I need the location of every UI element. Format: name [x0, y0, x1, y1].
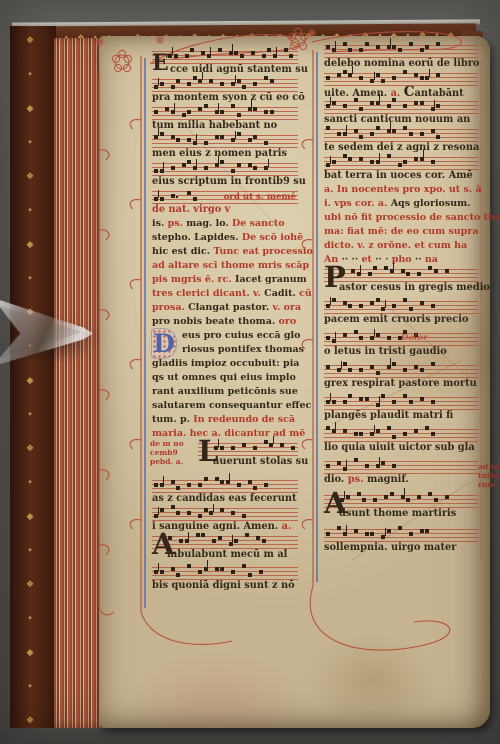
neume-note: [284, 48, 288, 52]
lyric-text-line: o letus in tristi gaudio: [324, 346, 478, 359]
rubric-text: cū: [299, 288, 312, 299]
rubric-text: De sancto: [232, 218, 285, 229]
neume-stem: [158, 507, 159, 515]
neume-note: [351, 269, 355, 273]
neume-stem: [273, 436, 274, 444]
neume-stem: [360, 265, 361, 273]
neume-stem: [379, 457, 380, 465]
neume-note: [171, 135, 175, 139]
lyric-text-line: prosa. Clangat pastor. v. ora: [152, 302, 298, 315]
lyric-text-line: lio quia uiuit uictor sub gla: [324, 442, 478, 455]
neume-note: [392, 98, 396, 102]
ink-text: men eius z nomen patris: [152, 148, 287, 159]
staff-annotation: Dolor: [401, 333, 427, 343]
neume-stem: [379, 94, 380, 102]
neume-note: [160, 570, 164, 574]
neume-note: [337, 73, 341, 77]
ink-text: magnif.: [367, 474, 409, 485]
music-system: Adsunt thome martiris: [324, 495, 478, 528]
neume-note: [420, 132, 424, 136]
decorated-initial: D: [152, 329, 176, 358]
lyric-text-line: An ·· ·· et ·· · pho ·· na: [324, 254, 478, 267]
neume-stem: [390, 122, 391, 130]
neume-note: [343, 42, 347, 46]
lyric-text-line: tum milia habebant no: [152, 120, 298, 133]
manuscript-text-line: gladiis impioz occubuit: pia: [152, 358, 298, 372]
neume-note: [154, 483, 158, 487]
neume-note: [343, 70, 347, 74]
music-staff: [324, 461, 478, 474]
neume-note: [409, 42, 413, 46]
music-system: delebo nomina eorū de libro: [324, 45, 478, 72]
neume-note: [253, 107, 257, 111]
neume-note: [160, 197, 164, 201]
music-staff: [152, 480, 298, 493]
neume-note: [231, 570, 235, 574]
neume-note: [343, 333, 347, 337]
neume-note: [326, 336, 330, 340]
lyric-text-line: bat terra in uoces cor. Amē: [324, 170, 478, 183]
neume-note: [436, 135, 440, 139]
neume-stem: [341, 361, 342, 369]
neume-note: [337, 132, 341, 136]
music-system: Doloro letus in tristi gaudio: [324, 333, 478, 364]
neume-note: [237, 483, 241, 487]
decorated-initial: E: [152, 52, 169, 74]
neume-note: [431, 304, 435, 308]
neume-note: [176, 486, 180, 490]
neume-note: [359, 432, 363, 436]
rubric-text: tres clerici dicant. v.: [152, 288, 264, 299]
ink-text: eius scriptum in frontib9 su: [152, 176, 306, 187]
neume-note: [245, 533, 249, 537]
neume-note: [220, 567, 224, 571]
neume-stem: [352, 66, 353, 74]
neume-note: [251, 51, 255, 55]
music-system: bis quoniā digni sunt z nō: [152, 567, 298, 594]
neume-note: [237, 163, 241, 167]
neume-stem: [172, 47, 173, 55]
music-staff: [152, 135, 298, 148]
music-system: tum milia habebant no: [152, 107, 298, 134]
ink-text: qs ut omnes qui eius implo: [152, 372, 296, 383]
neume-dot: [176, 196, 178, 198]
lyric-text-line: ubi nō fit processio de sancto tho: [324, 212, 478, 225]
neume-note: [436, 104, 440, 108]
neume-note: [381, 461, 385, 465]
neume-note: [332, 400, 336, 404]
neume-note: [370, 301, 374, 305]
neume-note: [187, 483, 191, 487]
neume-stem: [235, 131, 236, 139]
neume-note: [209, 79, 213, 83]
lyric-text-line: astor cesus in gregis medio: [324, 282, 478, 295]
neume-note: [359, 76, 363, 80]
page-edges-stack: [54, 38, 106, 728]
neume-stem: [379, 153, 380, 161]
lyric-text-line: gladiis impioz occubuit: pia: [152, 358, 298, 371]
neume-note: [182, 113, 186, 117]
music-system: pra montem syon z cū eo cō: [152, 79, 298, 106]
neume-note: [409, 400, 413, 404]
music-system: ord ut s. memēde nat. virgo v: [152, 191, 298, 218]
rubric-text: v. ora: [272, 302, 301, 313]
neume-note: [387, 154, 391, 158]
neume-stem: [346, 460, 347, 468]
lyric-text-line: te sedem dei z agni z resona: [324, 142, 478, 155]
neume-stem: [196, 134, 197, 142]
neume-note: [387, 529, 391, 533]
neume-note: [392, 129, 396, 133]
neume-note: [256, 536, 260, 540]
lyric-text-line: pro nobis beate thoma. oro: [152, 316, 298, 329]
lyric-text-line: qs ut omnes qui eius implo: [152, 372, 298, 385]
neume-note: [354, 330, 358, 334]
neume-stem: [374, 425, 375, 433]
manuscript-text-line: pro nobis beate thoma. oro: [152, 316, 298, 330]
decorated-initial: A: [324, 489, 347, 518]
neume-note: [387, 104, 391, 108]
neume-note: [445, 269, 449, 273]
neume-note: [264, 76, 268, 80]
lyric-text-line: dsunt thome martiris: [324, 508, 478, 521]
ink-text: sollempnia. uirgo mater: [324, 542, 456, 553]
neume-stem: [268, 159, 269, 167]
neume-note: [242, 85, 246, 89]
neume-note: [409, 307, 413, 311]
neume-note: [262, 539, 266, 543]
music-staff: [324, 529, 478, 542]
neume-stem: [429, 69, 430, 77]
marginal-rubric-left: de m nocemb9pebd. a.: [150, 439, 196, 466]
neume-note: [392, 400, 396, 404]
neume-note: [403, 298, 407, 302]
neume-stem: [235, 75, 236, 83]
rubric-text: ps.: [168, 218, 187, 229]
neume-note: [370, 365, 374, 369]
neume-note: [359, 157, 363, 161]
music-staff: [152, 508, 298, 521]
neume-note: [392, 464, 396, 468]
lyric-text-line: sancti canticum nouum an: [324, 114, 478, 127]
manuscript-text-line: tum. p. In redeundo de scā: [152, 414, 298, 428]
lyric-text-line: rant auxilium peticōnis sue: [152, 386, 298, 399]
neume-note: [403, 104, 407, 108]
lyric-text-line: delebo nomina eorū de libro: [324, 58, 478, 71]
neume-stem: [335, 332, 336, 340]
neume-note: [237, 132, 241, 136]
neume-note: [204, 508, 208, 512]
neume-note: [420, 529, 424, 533]
neume-stem: [374, 72, 375, 80]
rubric-text: Tunc eat processio: [213, 246, 312, 257]
neume-note: [370, 132, 374, 136]
neume-note: [187, 511, 191, 515]
neume-note: [348, 304, 352, 308]
rubric-text: De scō iohē: [242, 232, 303, 243]
neume-note: [398, 526, 402, 530]
neume-note: [234, 51, 238, 55]
neume-note: [434, 269, 438, 273]
neume-note: [381, 79, 385, 83]
neume-note: [231, 446, 235, 450]
neume-note: [220, 82, 224, 86]
neume-note: [406, 272, 410, 276]
neume-note: [171, 505, 175, 509]
music-system: eius scriptum in frontib9 su: [152, 163, 298, 190]
ink-text: as z candidas eas fecerunt: [152, 493, 296, 504]
manuscript-text-line: ad altare scī thome mris scāp: [152, 260, 298, 274]
neume-note: [403, 394, 407, 398]
neume-note: [376, 429, 380, 433]
neume-note: [204, 166, 208, 170]
neume-note: [403, 126, 407, 130]
music-staff: [324, 495, 478, 508]
neume-note: [354, 129, 358, 133]
lyric-text-line: grex respirat pastore mortu: [324, 378, 478, 391]
neume-note: [270, 110, 274, 114]
rubric-text: pho: [392, 254, 415, 265]
neume-note: [171, 567, 175, 571]
manuscript-text-line: hic est dic. Tunc eat processio: [152, 246, 298, 260]
lyric-text-line: pis mgris ē. rc. Iacet granum: [152, 274, 298, 287]
neume-note: [376, 126, 380, 130]
neume-note: [198, 514, 202, 518]
ink-text: riosus pontifex thomas: [182, 344, 304, 355]
rubric-text: a.: [282, 521, 292, 532]
neume-note: [436, 73, 440, 77]
neume-note: [384, 266, 388, 270]
ink-text: tum milia habebant no: [152, 120, 277, 131]
neume-stem: [207, 560, 208, 568]
marginal-rubric-right: ad martutinūrum.: [478, 462, 500, 489]
neume-note: [425, 426, 429, 430]
neume-stem: [374, 329, 375, 337]
neume-note: [359, 304, 363, 308]
neume-note: [179, 539, 183, 543]
lyric-text-line: salutarem consequantur effec: [152, 400, 298, 413]
neume-note: [176, 573, 180, 577]
neume-note: [187, 160, 191, 164]
music-system: grex respirat pastore mortu: [324, 365, 478, 396]
neume-note: [264, 141, 268, 145]
neume-stem: [158, 563, 159, 571]
lyric-text-line: eius scriptum in frontib9 su: [152, 176, 298, 189]
neume-stem: [174, 103, 175, 111]
lyric-text-line: stepho. Lapides. De scō iohē: [152, 232, 298, 245]
ink-text: lio quia uiuit uictor sub gla: [324, 442, 475, 453]
rubric-text: dicto. v. z orōne. et cum ha: [324, 240, 467, 251]
neume-note: [401, 269, 405, 273]
neume-note: [174, 54, 178, 58]
neume-note: [165, 107, 169, 111]
neume-note: [420, 101, 424, 105]
neume-note: [218, 48, 222, 52]
music-staff: [324, 269, 478, 282]
neume-note: [176, 138, 180, 142]
music-staff: [324, 45, 478, 58]
music-system: ad martutinūrum.dio. ps. magnif.: [324, 461, 478, 494]
manuscript-text-line: i. vps cor. a. Aqs gloriosum.: [324, 198, 478, 212]
lyric-text-line: as z candidas eas fecerunt: [152, 493, 298, 506]
neume-note: [248, 480, 252, 484]
neume-stem: [385, 528, 386, 536]
neume-stem: [158, 78, 159, 86]
neume-note: [359, 368, 363, 372]
neume-note: [445, 495, 449, 499]
lyric-text-line: dicto. v. z orōne. et cum ha: [324, 240, 478, 253]
ink-text: rant auxilium peticōnis sue: [152, 386, 298, 397]
manuscript-text-line: tres clerici dicant. v. Cadit. cū: [152, 288, 298, 302]
neume-note: [176, 79, 180, 83]
manuscript-text-line: prosa. Clangat pastor. v. ora: [152, 302, 298, 316]
neume-note: [343, 429, 347, 433]
ink-text: bis quoniā digni sunt z nō: [152, 580, 295, 591]
neume-note: [431, 129, 435, 133]
neume-note: [354, 432, 358, 436]
neume-note: [326, 126, 330, 130]
neume-note: [365, 532, 369, 536]
music-system: Ambulabunt mecū m al: [152, 536, 298, 566]
neume-note: [264, 483, 268, 487]
lyric-text-line: tres clerici dicant. v. Cadit. cū: [152, 288, 298, 301]
neume-stem: [213, 504, 214, 512]
neume-note: [185, 54, 189, 58]
manuscript-text-line: dicto. v. z orōne. et cum ha: [324, 240, 478, 254]
ink-text: astor cesus in gregis medio: [339, 282, 490, 293]
neume-note: [242, 443, 246, 447]
music-staff: [324, 397, 478, 410]
music-staff: [152, 51, 298, 64]
neume-note: [212, 539, 216, 543]
decorated-initial: A: [152, 530, 175, 559]
neume-note: [392, 435, 396, 439]
neume-stem: [158, 190, 159, 198]
neume-note: [182, 163, 186, 167]
neume-note: [417, 272, 421, 276]
neume-note: [343, 362, 347, 366]
neume-note: [398, 163, 402, 167]
neume-note: [171, 166, 175, 170]
manuscript-text-line: stepho. Lapides. De scō iohē: [152, 232, 298, 246]
rubric-text: pis mgris ē. rc.: [152, 274, 235, 285]
neume-note: [220, 160, 224, 164]
rubric-text: ad altare scī thome mris scāp: [152, 260, 309, 271]
neume-note: [280, 443, 284, 447]
lyric-text-line: bis quoniā digni sunt z nō: [152, 580, 298, 593]
manuscript-text-line: rant auxilium peticōnis sue: [152, 386, 298, 400]
ink-text: bat terra in uoces cor. Amē: [324, 170, 473, 181]
decorated-initial: P: [324, 263, 346, 292]
neume-note: [359, 397, 363, 401]
neume-note: [231, 104, 235, 108]
neume-note: [431, 400, 435, 404]
neume-note: [160, 82, 164, 86]
neume-note: [425, 529, 429, 533]
neume-stem: [390, 38, 391, 46]
ink-text: Aqs gloriosum.: [391, 198, 471, 209]
neume-note: [359, 48, 363, 52]
book-spine: ❖ • ◆ • ❖ • ◆ • ❖ • ◆ • ❖ • ◆ • ❖ • ◆ • …: [10, 26, 56, 728]
neume-note: [436, 42, 440, 46]
manuscript-text-line: is. ps. mag. lo. De sancto: [152, 218, 298, 232]
music-staff: [152, 107, 298, 120]
neume-note: [267, 48, 271, 52]
neume-note: [434, 498, 438, 502]
neume-note: [193, 197, 197, 201]
ink-text: Cadit.: [264, 288, 299, 299]
ink-text: delebo nomina eorū de libro: [324, 58, 479, 69]
neume-note: [242, 514, 246, 518]
neume-stem: [163, 476, 164, 484]
neume-note: [428, 492, 432, 496]
neume-note: [417, 495, 421, 499]
neume-note: [431, 432, 435, 436]
ink-text: Clangat pastor.: [188, 302, 272, 313]
neume-note: [253, 135, 257, 139]
neume-note: [373, 498, 377, 502]
rubric-text: prosa.: [152, 302, 188, 313]
ink-text: salutarem consequantur effec: [152, 400, 311, 411]
neume-stem: [188, 532, 189, 540]
neume-note: [354, 98, 358, 102]
neume-stem: [232, 44, 233, 52]
neume-note: [160, 132, 164, 136]
manuscript-text-line: Deus pro cuius eccā glo: [152, 330, 298, 344]
neume-note: [414, 101, 418, 105]
music-system: de m nocemb9pebd. a.Lauerunt stolas su: [152, 443, 298, 479]
neume-note: [343, 301, 347, 305]
ink-text: o letus in tristi gaudio: [324, 346, 447, 357]
ink-text: ··: [415, 254, 425, 265]
manuscript-text-line: pis mgris ē. rc. Iacet granum: [152, 274, 298, 288]
neume-stem: [330, 156, 331, 164]
neume-note: [201, 533, 205, 537]
neume-note: [376, 333, 380, 337]
ink-text: Iacet granum: [235, 274, 307, 285]
neume-note: [343, 104, 347, 108]
rubric-text: maria. hec a. dicantur ad mē: [152, 428, 305, 439]
music-staff: [324, 157, 478, 170]
ink-text: pra montem syon z cū eo cō: [152, 92, 305, 103]
neume-note: [392, 362, 396, 366]
neume-note: [348, 48, 352, 52]
neume-note: [253, 486, 257, 490]
neume-note: [392, 45, 396, 49]
neume-note: [359, 107, 363, 111]
neume-stem: [335, 422, 336, 430]
neume-note: [428, 266, 432, 270]
neume-note: [420, 397, 424, 401]
neume-note: [392, 76, 396, 80]
neume-note: [414, 365, 418, 369]
ink-text: antabānt: [415, 88, 464, 99]
ink-text: gladiis impioz occubuit: pia: [152, 358, 299, 369]
manuscript-text-line: An ·· ·· et ·· · pho ·· na: [324, 254, 478, 268]
music-staff: ord ut s. memē: [152, 191, 298, 204]
music-staff: [152, 163, 298, 176]
neume-note: [357, 492, 361, 496]
neume-note: [332, 160, 336, 164]
neume-note: [204, 104, 208, 108]
neume-note: [218, 536, 222, 540]
text-column-left: Ecce uidi agnū stantem supra montem syon…: [152, 50, 298, 594]
neume-note: [370, 532, 374, 536]
music-system: pacem emit cruoris precio: [324, 301, 478, 332]
neume-stem: [393, 262, 394, 270]
neume-stem: [330, 393, 331, 401]
neume-note: [376, 73, 380, 77]
